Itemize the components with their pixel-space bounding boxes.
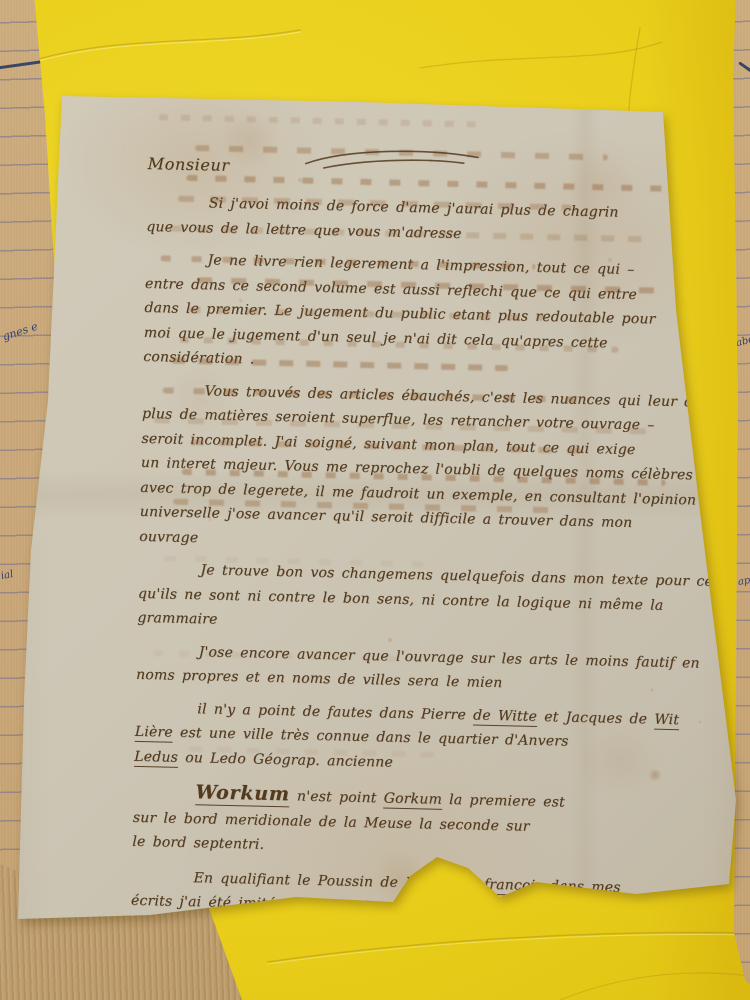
photo-scene: gnes e ial abe ap Monsieur [0,0,750,1000]
underlined-word: Plutarque françois [405,875,543,896]
letter-paper: Monsieur Si j'avoi moins de force d'ame … [0,0,750,1000]
showthrough-streak [159,114,489,127]
salutation-flourish [298,143,489,177]
letter-text-segment: En qualifiant le Poussin de [193,870,405,891]
underlined-word: de Witte [473,707,537,726]
letter-paragraph: J'ose encore avancer que l'ouvrage sur l… [136,638,677,699]
letter-text-segment: il n'y a point de fautes dans Pierre [197,701,473,723]
letter-line: écrits j'ai été imité par nos auteurs et… [131,889,671,926]
letter-text-segment: n'est point [290,788,384,806]
paper-stain [698,720,702,724]
letter-text: Monsieur Si j'avoi moins de force d'ame … [131,152,688,934]
letter-text-segment: écrits j'ai été imité par nos auteurs et… [131,893,545,918]
letter-paragraph: Workum n'est point Gorkum la premiere es… [132,779,674,867]
underlined-word: Gorkum [384,791,443,810]
underlined-word: Wit [654,711,679,730]
underlined-word: Workum [195,781,290,807]
letter-text-segment: dans mes [543,878,621,896]
salutation: Monsieur [148,154,230,175]
letter-text-segment: et Jacques de [537,708,655,727]
letter-paragraph: Je trouve bon vos changemens quelquefois… [137,557,679,643]
letter-shadow: Monsieur Si j'avoi moins de force d'ame … [0,0,750,1000]
underlined-word: Lière [135,724,173,743]
letter-text-segment: le bord septentri. [132,834,264,853]
underlined-word: Ledus [134,748,178,767]
letter-paragraph: il n'y a point de fautes dans Pierre de … [134,695,676,781]
letter-paragraph: En qualifiant le Poussin de Plutarque fr… [131,864,672,925]
letter-text-segment: est une ville très connue dans le quarti… [173,725,569,750]
letter-text-segment: noms propres et en noms de villes sera l… [136,667,503,691]
letter-text-segment: grammaire [137,610,217,628]
letter-text-segment: la premiere est [442,792,565,811]
letter-text-segment: ouvrage [139,528,198,545]
